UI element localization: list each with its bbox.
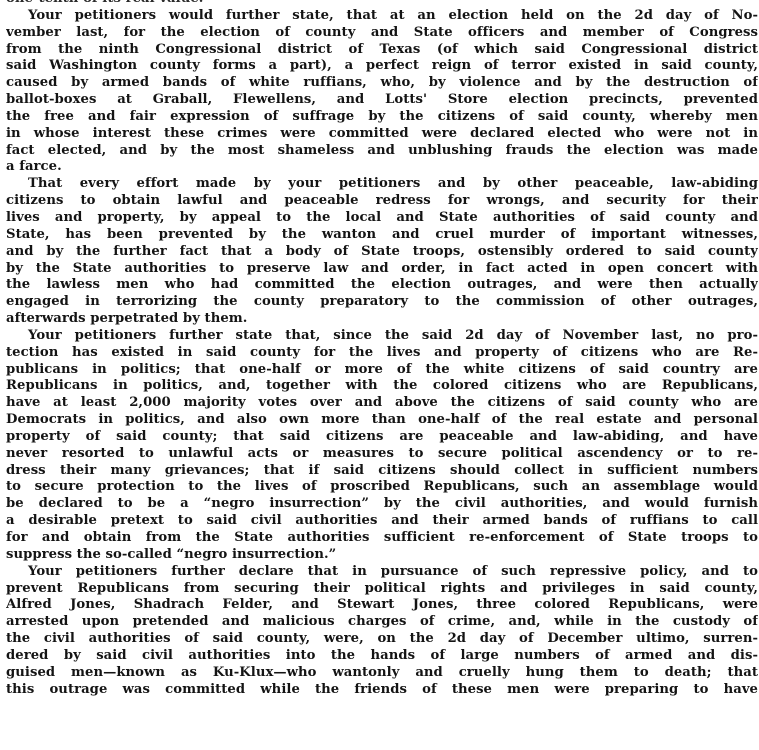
- text-line: be declared to be a “negro insurrection”…: [6, 496, 758, 513]
- text-line: this outrage was committed while the fri…: [6, 682, 758, 699]
- text-line: citizens to obtain lawful and peaceable …: [6, 193, 758, 210]
- text-line: publicans in politics; that one-half or …: [6, 362, 758, 379]
- text-line: Democrats in politics, and also own more…: [6, 412, 758, 429]
- text-line: the civil authorities of said county, we…: [6, 631, 758, 648]
- document-page: one-tenth of its real value. Your petiti…: [0, 0, 758, 698]
- text-line: have at least 2,000 majority votes over …: [6, 395, 758, 412]
- text-line: for and obtain from the State authoritie…: [6, 530, 758, 547]
- text-line: caused by armed bands of white ruffians,…: [6, 75, 758, 92]
- paragraph-election-terror: Your petitioners would further state, th…: [6, 8, 758, 176]
- text-line: State, has been prevented by the wanton …: [6, 227, 758, 244]
- text-line: arrested upon pretended and malicious ch…: [6, 614, 758, 631]
- text-line: ballot-boxes at Graball, Flewellens, and…: [6, 92, 758, 109]
- text-line: engaged in terrorizing the county prepar…: [6, 294, 758, 311]
- text-line: said Washington county forms a part), a …: [6, 58, 758, 75]
- text-line: never resorted to unlawful acts or measu…: [6, 446, 758, 463]
- text-line: the lawless men who had committed the el…: [6, 277, 758, 294]
- text-line: tection has existed in said county for t…: [6, 345, 758, 362]
- text-line: from the ninth Congressional district of…: [6, 42, 758, 59]
- text-line: suppress the so-called “negro insurrecti…: [6, 547, 758, 564]
- text-line: dered by said civil authorities into the…: [6, 648, 758, 665]
- text-line: vember last, for the election of county …: [6, 25, 758, 42]
- text-line: and by the further fact that a body of S…: [6, 244, 758, 261]
- text-line: a desirable pretext to said civil author…: [6, 513, 758, 530]
- text-line: Your petitioners further state that, sin…: [6, 328, 758, 345]
- text-line: property of said county; that said citiz…: [6, 429, 758, 446]
- paragraph-ku-klux-murders: Your petitioners further declare that in…: [6, 564, 758, 699]
- paragraph-no-protection: Your petitioners further state that, sin…: [6, 328, 758, 564]
- clipped-top-line: one-tenth of its real value.: [6, 0, 758, 8]
- text-line: the free and fair expression of suffrage…: [6, 109, 758, 126]
- text-line: to secure protection to the lives of pro…: [6, 479, 758, 496]
- text-line: Your petitioners would further state, th…: [6, 8, 758, 25]
- text-line: guised men—known as Ku-Klux—who wantonly…: [6, 665, 758, 682]
- text-line: That every effort made by your petitione…: [6, 176, 758, 193]
- text-line: dress their many grievances; that if sai…: [6, 463, 758, 480]
- text-line: by the State authorities to preserve law…: [6, 261, 758, 278]
- paragraph-redress-prevented: That every effort made by your petitione…: [6, 176, 758, 328]
- text-line: a farce.: [6, 159, 758, 176]
- text-line: Republicans in politics, and, together w…: [6, 378, 758, 395]
- text-line: in whose interest these crimes were comm…: [6, 126, 758, 143]
- text-line: fact elected, and by the most shameless …: [6, 143, 758, 160]
- text-line: Your petitioners further declare that in…: [6, 564, 758, 581]
- text-line: prevent Republicans from securing their …: [6, 581, 758, 598]
- text-line: afterwards perpetrated by them.: [6, 311, 758, 328]
- text-line: Alfred Jones, Shadrach Felder, and Stewa…: [6, 597, 758, 614]
- text-line: lives and property, by appeal to the loc…: [6, 210, 758, 227]
